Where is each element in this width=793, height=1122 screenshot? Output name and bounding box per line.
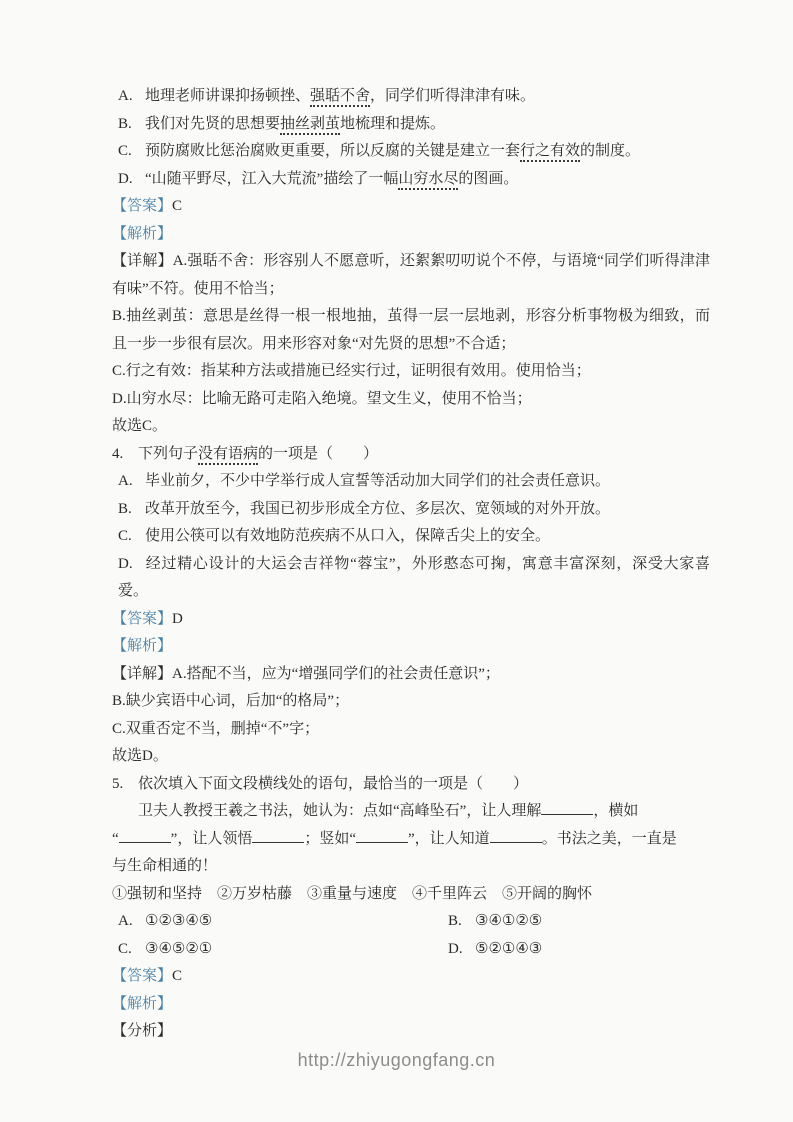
passage-text: ，横如: [593, 803, 638, 819]
option-letter: A.: [118, 83, 145, 111]
option-letter: C.: [118, 523, 145, 551]
answer-value: D: [172, 611, 183, 627]
explanation-paragraph: 【详解】A.搭配不当，应为“增强同学们的社会责任意识”；: [112, 661, 710, 689]
option-letter: D.: [118, 166, 145, 194]
passage-text: ；竖如“: [304, 831, 356, 847]
answer-value: C: [172, 968, 182, 984]
q3-answer-line: 【答案】C: [112, 193, 710, 221]
blank-underline: [252, 829, 304, 843]
option-text: 我们对先贤的思想要: [145, 116, 280, 132]
q3-analysis-line: 【解析】: [112, 221, 710, 249]
numbered-items-line: ①强韧和坚持 ②万岁枯藤 ③重量与速度 ④千里阵云 ⑤开阔的胸怀: [112, 881, 710, 909]
question-number: 4.: [112, 441, 138, 469]
emphasized-phrase: 抽丝剥茧: [280, 116, 340, 135]
passage-text: “: [112, 831, 119, 847]
q4-analysis-line: 【解析】: [112, 633, 710, 661]
option-text: ①②③④⑤: [145, 913, 212, 929]
blank-underline: [356, 829, 408, 843]
explanation-paragraph: B.抽丝剥茧：意思是丝得一根一根地抽，茧得一层一层地剥，形容分析事物极为细致，而…: [112, 303, 710, 358]
answer-label: 【答案】: [112, 968, 172, 984]
passage-line: 卫夫人教授王羲之书法，她认为：点如“高峰坠石”，让人理解，横如: [112, 798, 710, 826]
emphasized-phrase: 没有语病: [198, 446, 258, 465]
option-letter: D.: [448, 936, 475, 964]
q5-option-b: B.③④①②⑤: [448, 908, 710, 936]
comment-label: 【分析】: [112, 1023, 172, 1039]
emphasized-phrase: 强聒不舍: [310, 88, 370, 107]
option-text: 预防腐败比惩治腐败更重要，所以反腐的关键是建立一套: [145, 143, 520, 159]
blank-underline: [119, 829, 171, 843]
q4-option-c: C.使用公筷可以有效地防范疾病不从口入，保障舌尖上的安全。: [112, 523, 710, 551]
q4-answer-line: 【答案】D: [112, 606, 710, 634]
q5-answer-line: 【答案】C: [112, 963, 710, 991]
analysis-label: 【解析】: [112, 638, 172, 654]
passage-text: ”，让人知道: [408, 831, 490, 847]
analysis-label: 【解析】: [112, 996, 172, 1012]
q5-analysis-line: 【解析】: [112, 991, 710, 1019]
passage-text: 卫夫人教授王羲之书法，她认为：点如“高峰坠石”，让人理解: [138, 803, 541, 819]
q3-option-a: A.地理老师讲课抑扬顿挫、强聒不舍，同学们听得津津有味。: [112, 83, 710, 111]
exam-document-page: A.地理老师讲课抑扬顿挫、强聒不舍，同学们听得津津有味。 B.我们对先贤的思想要…: [0, 0, 793, 1122]
passage-text: ”，让人领悟: [171, 831, 253, 847]
stem-text: 下列句子: [138, 446, 198, 462]
stem-text: 依次填入下面文段横线处的语句，最恰当的一项是（ ）: [138, 776, 528, 792]
q3-option-c: C.预防腐败比惩治腐败更重要，所以反腐的关键是建立一套行之有效的制度。: [112, 138, 710, 166]
emphasized-phrase: 行之有效: [520, 143, 580, 162]
explanation-paragraph: B.缺少宾语中心词，后加“的格局”；: [112, 688, 710, 716]
option-text: ⑤②①④③: [475, 941, 542, 957]
option-letter: C.: [118, 138, 145, 166]
conclusion-line: 故选C。: [112, 413, 710, 441]
option-letter: D.: [118, 551, 145, 579]
option-letter: B.: [118, 111, 145, 139]
option-text: 的图画。: [458, 171, 518, 187]
explanation-paragraph: D.山穷水尽：比喻无路可走陷入绝境。望文生义，使用不恰当；: [112, 386, 710, 414]
option-letter: B.: [448, 908, 475, 936]
option-text: ③④⑤②①: [145, 941, 212, 957]
explanation-paragraph: 【详解】A.强聒不舍：形容别人不愿意听，还絮絮叨叨说个不停，与语境“同学们听得津…: [112, 248, 710, 303]
explanation-paragraph: C.行之有效：指某种方法或措施已经实行过，证明很有效用。使用恰当；: [112, 358, 710, 386]
passage-line: 与生命相通的！: [112, 853, 710, 881]
q4-option-d: D.经过精心设计的大运会吉祥物“蓉宝”，外形憨态可掬，寓意丰富深刻，深受大家喜爱…: [112, 551, 710, 606]
option-letter: A.: [118, 468, 145, 496]
q4-option-b: B.改革开放至今，我国已初步形成全方位、多层次、宽领域的对外开放。: [112, 496, 710, 524]
answer-value: C: [172, 198, 182, 214]
q4-option-a: A.毕业前夕，不少中学举行成人宣誓等活动加大同学们的社会责任意识。: [112, 468, 710, 496]
option-letter: C.: [118, 936, 145, 964]
option-text: 地理老师讲课抑扬顿挫、: [145, 88, 310, 104]
footer-url: http://zhiyugongfang.cn: [0, 1050, 793, 1071]
answer-label: 【答案】: [112, 611, 172, 627]
option-text: 使用公筷可以有效地防范疾病不从口入，保障舌尖上的安全。: [145, 528, 550, 544]
passage-text: 。书法之美，一直是: [542, 831, 677, 847]
option-text: 地梳理和提炼。: [340, 116, 445, 132]
option-text: 毕业前夕，不少中学举行成人宣誓等活动加大同学们的社会责任意识。: [145, 473, 610, 489]
q4-stem: 4.下列句子没有语病的一项是（ ）: [112, 441, 710, 469]
blank-underline: [490, 829, 542, 843]
option-text: 改革开放至今，我国已初步形成全方位、多层次、宽领域的对外开放。: [145, 501, 610, 517]
option-letter: A.: [118, 908, 145, 936]
option-text: “山随平野尽，江入大荒流”描绘了一幅: [145, 171, 398, 187]
q5-option-a: A.①②③④⑤: [112, 908, 448, 936]
answer-label: 【答案】: [112, 198, 172, 214]
emphasized-phrase: 山穷水尽: [398, 171, 458, 190]
q3-option-b: B.我们对先贤的思想要抽丝剥茧地梳理和提炼。: [112, 111, 710, 139]
conclusion-line: 故选D。: [112, 743, 710, 771]
q5-option-c: C.③④⑤②①: [112, 936, 448, 964]
option-letter: B.: [118, 496, 145, 524]
q3-option-d: D.“山随平野尽，江入大荒流”描绘了一幅山穷水尽的图画。: [112, 166, 710, 194]
q5-stem: 5.依次填入下面文段横线处的语句，最恰当的一项是（ ）: [112, 771, 710, 799]
option-text: ③④①②⑤: [475, 913, 542, 929]
blank-underline: [541, 801, 593, 815]
analysis-label: 【解析】: [112, 226, 172, 242]
passage-line: “”，让人领悟；竖如“”，让人知道。书法之美，一直是: [112, 826, 710, 854]
question-number: 5.: [112, 771, 138, 799]
q5-comment-line: 【分析】: [112, 1018, 710, 1046]
q5-options-row-2: C.③④⑤②① D.⑤②①④③: [112, 936, 710, 964]
stem-text: 的一项是（ ）: [258, 446, 378, 462]
option-text: 经过精心设计的大运会吉祥物“蓉宝”，外形憨态可掬，寓意丰富深刻，深受大家喜爱。: [118, 556, 710, 600]
explanation-paragraph: C.双重否定不当，删掉“不”字；: [112, 716, 710, 744]
q5-options-row-1: A.①②③④⑤ B.③④①②⑤: [112, 908, 710, 936]
option-text: 的制度。: [580, 143, 640, 159]
option-text: ，同学们听得津津有味。: [370, 88, 535, 104]
q5-option-d: D.⑤②①④③: [448, 936, 710, 964]
document-content: A.地理老师讲课抑扬顿挫、强聒不舍，同学们听得津津有味。 B.我们对先贤的思想要…: [112, 83, 710, 1046]
